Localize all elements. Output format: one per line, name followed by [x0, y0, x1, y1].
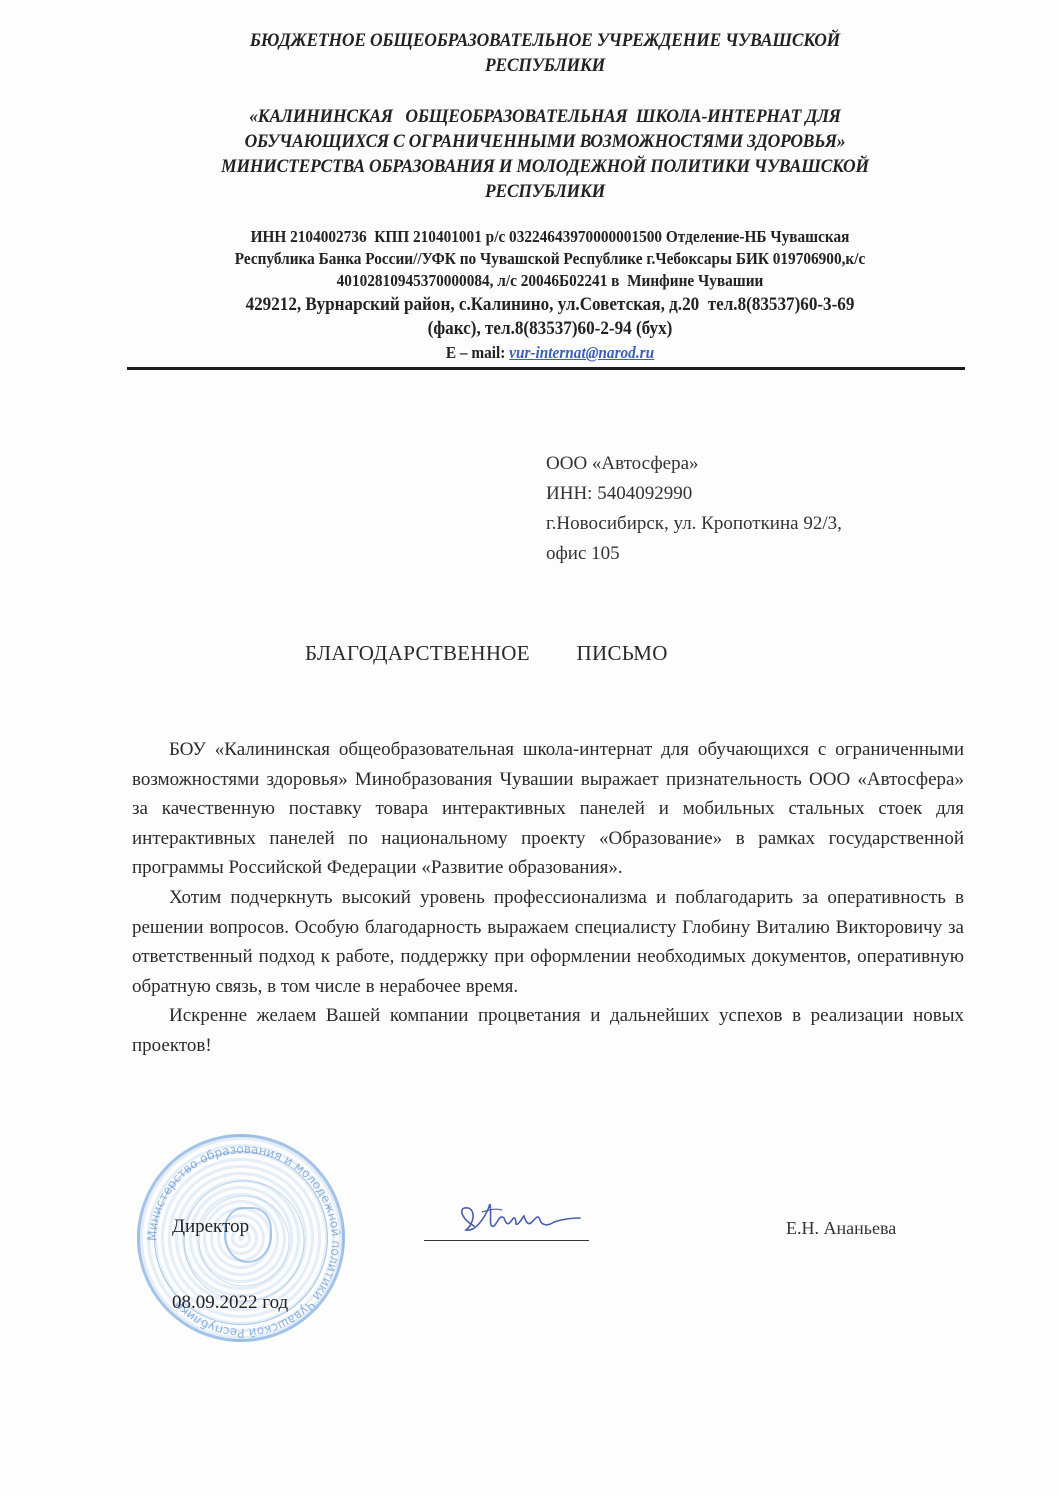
body-paragraph-2: Хотим подчеркнуть высокий уровень профес… — [132, 883, 964, 1001]
school-line-2: ОБУЧАЮЩИХСЯ С ОГРАНИЧЕННЫМИ ВОЗМОЖНОСТЯМ… — [163, 129, 927, 154]
requisites-line-3: 40102810945370000084, л/с 20046Б02241 в … — [163, 270, 937, 292]
recipient-block: ООО «Автосфера» ИНН: 5404092990 г.Новоси… — [546, 449, 842, 569]
recipient-inn: ИНН: 5404092990 — [546, 479, 842, 509]
school-line-1: «КАЛИНИНСКАЯ ОБЩЕОБРАЗОВАТЕЛЬНАЯ ШКОЛА-И… — [163, 104, 927, 129]
body-paragraph-3: Искренне желаем Вашей компании процветан… — [132, 1001, 964, 1060]
signatory-name: Е.Н. Ананьева — [786, 1218, 896, 1239]
letter-page: БЮДЖЕТНОЕ ОБЩЕОБРАЗОВАТЕЛЬНОЕ УЧРЕЖДЕНИЕ… — [0, 0, 1059, 1496]
school-line-3: МИНИСТЕРСТВА ОБРАЗОВАНИЯ И МОЛОДЕЖНОЙ ПО… — [163, 154, 927, 179]
document-title: БЛАГОДАРСТВЕННОЕ ПИСЬМО — [305, 641, 668, 666]
letterhead-school: «КАЛИНИНСКАЯ ОБЩЕОБРАЗОВАТЕЛЬНАЯ ШКОЛА-И… — [163, 104, 927, 204]
letter-date: 08.09.2022 год — [172, 1292, 288, 1314]
address-line-1: 429212, Вурнарский район, с.Калинино, ул… — [163, 293, 937, 317]
recipient-address-line-2: офис 105 — [546, 539, 842, 569]
recipient-company: ООО «Автосфера» — [546, 449, 842, 479]
email-label: E – mail: — [446, 343, 509, 362]
org-line-1: БЮДЖЕТНОЕ ОБЩЕОБРАЗОВАТЕЛЬНОЕ УЧРЕЖДЕНИЕ… — [163, 28, 927, 53]
signature-line — [424, 1240, 589, 1241]
header-divider — [127, 367, 965, 370]
letterhead-bank-requisites: ИНН 2104002736 КПП 210401001 р/с 0322464… — [163, 226, 937, 292]
body-paragraph-1: БОУ «Калининская общеобразовательная шко… — [132, 735, 964, 883]
signatory-position: Директор — [172, 1216, 249, 1238]
letterhead-organization: БЮДЖЕТНОЕ ОБЩЕОБРАЗОВАТЕЛЬНОЕ УЧРЕЖДЕНИЕ… — [163, 28, 927, 78]
email-link[interactable]: vur-internat@narod.ru — [509, 343, 654, 362]
letter-body: БОУ «Калининская общеобразовательная шко… — [132, 735, 964, 1061]
org-line-2: РЕСПУБЛИКИ — [163, 53, 927, 78]
requisites-line-2: Республика Банка России//УФК по Чувашско… — [163, 248, 937, 270]
recipient-address-line-1: г.Новосибирск, ул. Кропоткина 92/3, — [546, 509, 842, 539]
school-line-4: РЕСПУБЛИКИ — [163, 179, 927, 204]
requisites-line-1: ИНН 2104002736 КПП 210401001 р/с 0322464… — [163, 226, 937, 248]
letterhead-address: 429212, Вурнарский район, с.Калинино, ул… — [163, 293, 937, 341]
letterhead-email: E – mail: vur-internat@narod.ru — [163, 342, 937, 364]
handwritten-signature-icon — [452, 1196, 592, 1242]
address-line-2: (факс), тел.8(83537)60-2-94 (бух) — [163, 317, 937, 341]
